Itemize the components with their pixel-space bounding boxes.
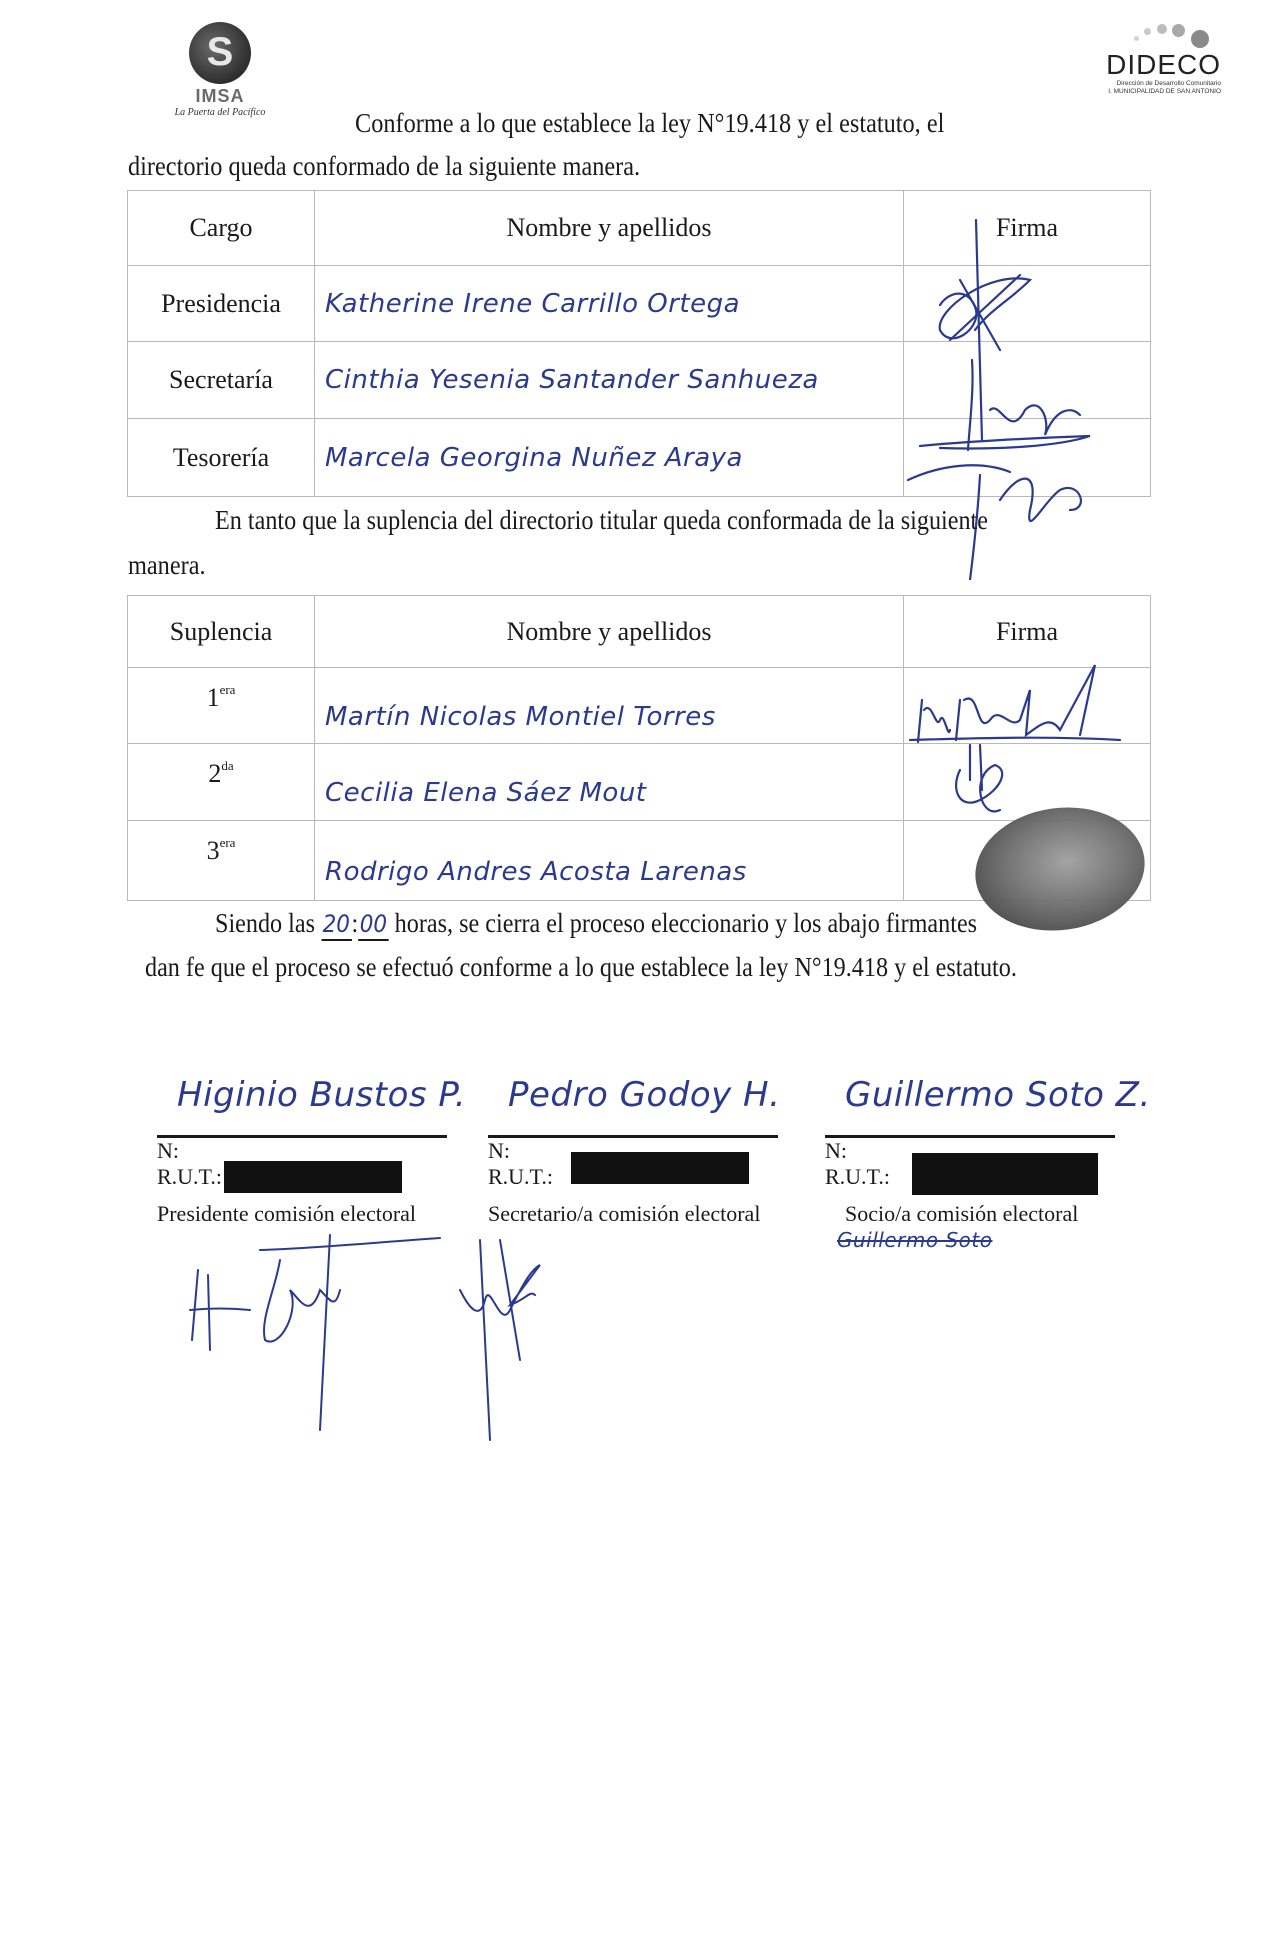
header-firma: Firma xyxy=(904,596,1151,668)
role-label: Secretario/a comisión electoral xyxy=(488,1200,788,1228)
header-suplencia: Suplencia xyxy=(128,596,315,668)
handwritten-name: Pedro Godoy H. xyxy=(488,1055,788,1135)
suplencia-num-cell: 2da xyxy=(128,744,315,821)
intro-line-1: Conforme a lo que establece la ley N°19.… xyxy=(355,108,944,138)
imsa-logo-name: IMSA xyxy=(150,86,290,107)
suplencia-intro-line-1: En tanto que la suplencia del directorio… xyxy=(215,505,988,535)
nombre-cell: Marcela Georgina Nuñez Araya xyxy=(315,419,904,497)
signatory-presidente: Higinio Bustos P. N: R.U.T.: Presidente … xyxy=(157,1055,457,1228)
role-label: Presidente comisión electoral xyxy=(157,1200,457,1228)
hour-field: 20 xyxy=(321,908,351,941)
dideco-logo: DIDECO Dirección de Desarrollo Comunitar… xyxy=(1021,22,1221,96)
handwritten-name: Higinio Bustos P. xyxy=(157,1055,457,1135)
rut-redaction xyxy=(571,1152,749,1184)
nombre-cell: Cecilia Elena Sáez Mout xyxy=(315,744,904,821)
rut-redaction xyxy=(912,1153,1098,1195)
commission-signatures xyxy=(180,1230,640,1450)
rut-label: R.U.T.: xyxy=(825,1164,890,1190)
header-cargo: Cargo xyxy=(128,191,315,266)
dideco-subtitle-2: I. MUNICIPALIDAD DE SAN ANTONIO xyxy=(1021,88,1221,96)
role-label: Socio/a comisión electoral xyxy=(825,1200,1125,1228)
minutes-field: 00 xyxy=(358,908,388,941)
closing-text-after: horas, se cierra el proceso eleccionario… xyxy=(395,908,977,938)
header-nombre: Nombre y apellidos xyxy=(315,191,904,266)
suplencia-intro-line-2: manera. xyxy=(128,550,206,580)
suplencia-signatures xyxy=(900,660,1150,830)
rut-label: R.U.T.: xyxy=(488,1164,553,1190)
cargo-cell: Secretaría xyxy=(128,342,315,419)
time-separator: : xyxy=(351,908,358,938)
rut-row: R.U.T.: xyxy=(488,1164,788,1190)
closing-text-before: Siendo las xyxy=(215,908,315,938)
closing-line-1: Siendo las 20:00 horas, se cierra el pro… xyxy=(215,908,977,941)
signature-below: Guillermo Soto xyxy=(825,1228,1125,1252)
imsa-emblem-icon xyxy=(189,22,251,84)
suplencia-num-cell: 1era xyxy=(128,668,315,744)
dideco-subtitle-1: Dirección de Desarrollo Comunitario xyxy=(1021,80,1221,88)
cargo-cell: Tesorería xyxy=(128,419,315,497)
imsa-logo: IMSA La Puerta del Pacífico xyxy=(150,18,290,128)
cargo-cell: Presidencia xyxy=(128,266,315,342)
nombre-cell: Katherine Irene Carrillo Ortega xyxy=(315,266,904,342)
header-nombre: Nombre y apellidos xyxy=(315,596,904,668)
signatory-socio: Guillermo Soto Z. N: R.U.T.: Socio/a com… xyxy=(825,1055,1125,1252)
nombre-cell: Martín Nicolas Montiel Torres xyxy=(315,668,904,744)
imsa-logo-tagline: La Puerta del Pacífico xyxy=(150,107,290,118)
nombre-cell: Rodrigo Andres Acosta Larenas xyxy=(315,821,904,901)
handwritten-name: Guillermo Soto Z. xyxy=(825,1055,1125,1135)
rut-redaction xyxy=(224,1161,402,1193)
rut-label: R.U.T.: xyxy=(157,1164,222,1190)
rut-row: R.U.T.: xyxy=(157,1164,457,1190)
dideco-dots-icon xyxy=(1021,22,1221,50)
nombre-cell: Cinthia Yesenia Santander Sanhueza xyxy=(315,342,904,419)
dideco-logo-name: DIDECO xyxy=(1021,50,1221,80)
closing-line-2: dan fe que el proceso se efectuó conform… xyxy=(145,952,1017,982)
signatory-secretario: Pedro Godoy H. N: R.U.T.: Secretario/a c… xyxy=(488,1055,788,1228)
suplencia-num-cell: 3era xyxy=(128,821,315,901)
intro-line-2: directorio queda conformado de la siguie… xyxy=(128,151,640,181)
rut-row: R.U.T.: xyxy=(825,1164,1125,1190)
table-header-row: Suplencia Nombre y apellidos Firma xyxy=(128,596,1151,668)
